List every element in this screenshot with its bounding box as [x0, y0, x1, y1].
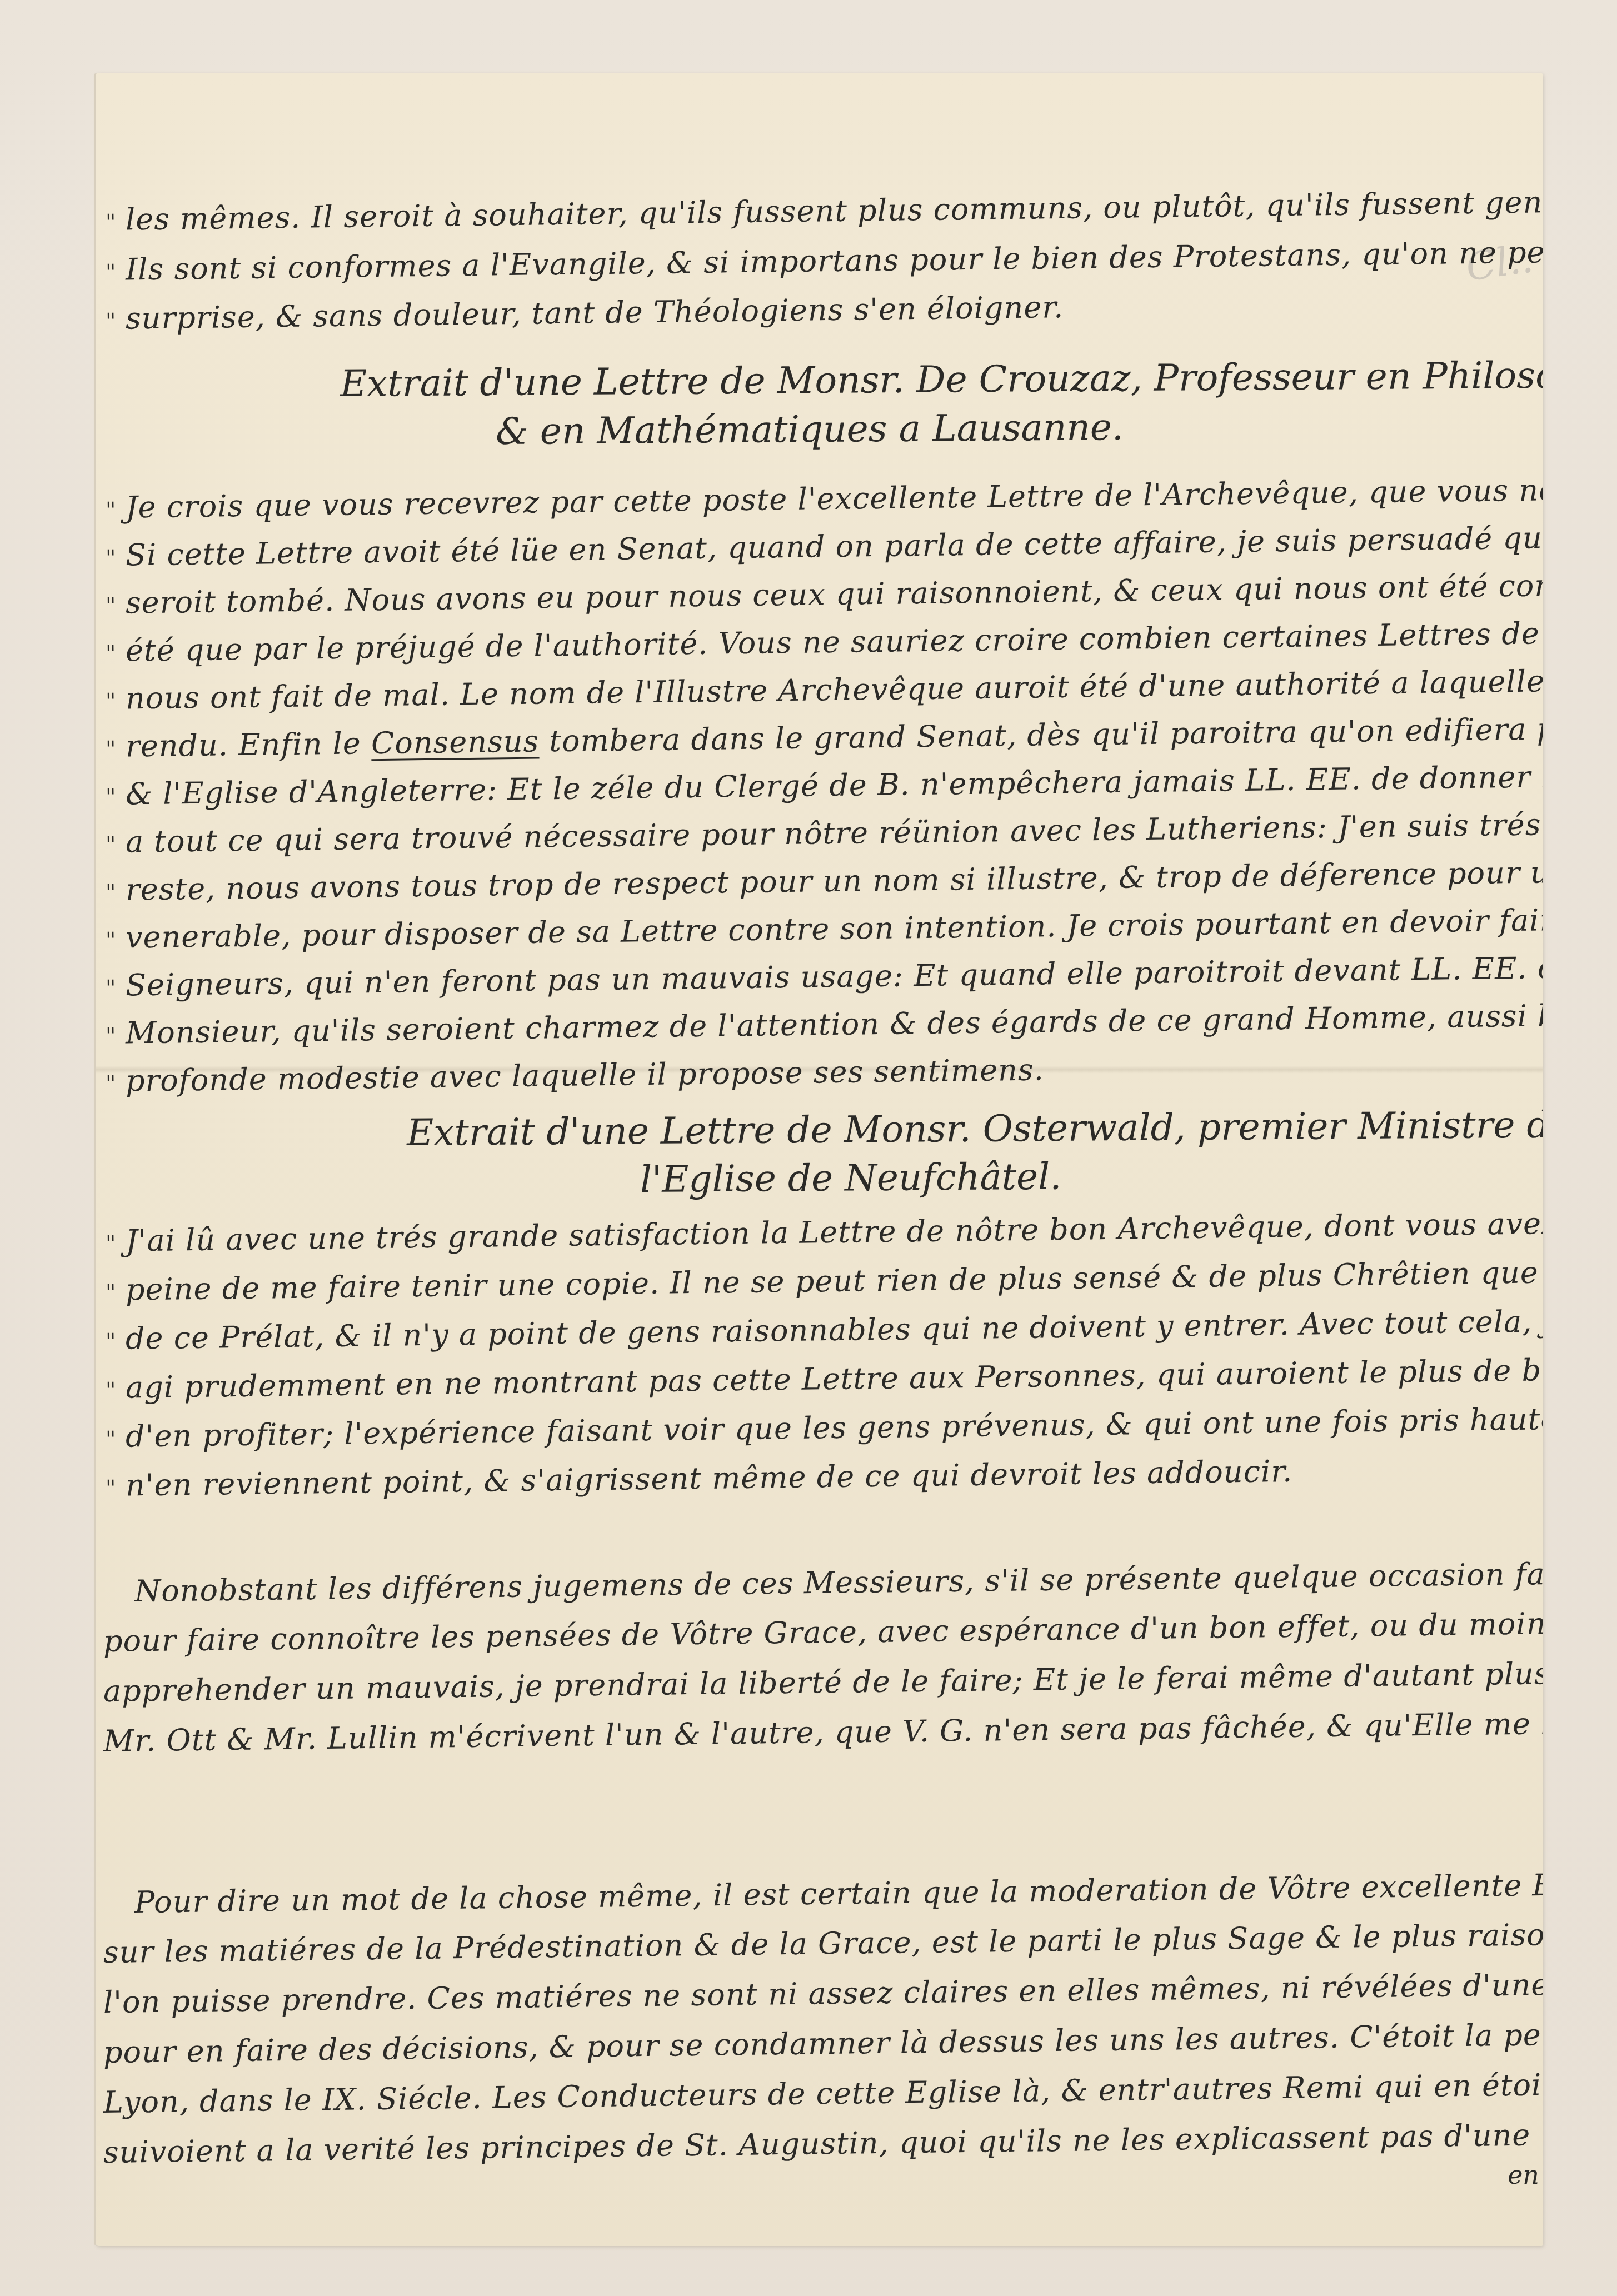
pour-line-5: Lyon, dans le IX. Siécle. Les Conducteur…	[103, 2065, 1543, 2120]
pour-line-6: suivoient a la verité les principes de S…	[103, 2115, 1543, 2169]
crouzaz-line-12: "Monsieur, qu'ils seroient charmez de l'…	[106, 996, 1543, 1051]
pour-line-3: l'on puisse prendre. Ces matiéres ne son…	[103, 1964, 1543, 2020]
pour-line-2: sur les matiéres de la Prédestination & …	[103, 1915, 1543, 1970]
opening-line-2: "Ils sont si conformes a l'Evangile, & s…	[106, 233, 1543, 287]
pour-line-4: pour en faire des décisions, & pour se c…	[103, 2014, 1543, 2070]
underlined-consensus: Consensus	[371, 723, 540, 761]
nonobstant-line-2: pour faire connoître les pensées de Vôtr…	[103, 1604, 1543, 1659]
section2-heading-line2: l'Eglise de Neufchâtel.	[640, 1155, 1062, 1201]
crouzaz-line-4: "été que par le préjugé de l'authorité. …	[106, 612, 1543, 668]
opening-line-1: "les mêmes. Il seroit à souhaiter, qu'il…	[106, 182, 1543, 237]
osterwald-line-3: "de ce Prélat, & il n'y a point de gens …	[106, 1301, 1543, 1356]
crouzaz-line-6: "rendu. Enfin le Consensus tombera dans …	[106, 709, 1543, 764]
catchword: en	[1508, 2160, 1539, 2190]
nonobstant-line-1: Nonobstant les différens jugemens de ces…	[134, 1555, 1543, 1609]
osterwald-line-5: "d'en profiter; l'expérience faisant voi…	[106, 1399, 1543, 1454]
opening-line-3: "surprise, & sans douleur, tant de Théol…	[106, 290, 1064, 336]
pour-line-1: Pour dire un mot de la chose même, il es…	[134, 1867, 1543, 1920]
osterwald-line-1: "J'ai lû avec une trés grande satisfacti…	[106, 1205, 1543, 1259]
crouzaz-line-10: "venerable, pour disposer de sa Lettre c…	[106, 900, 1543, 955]
section1-heading-line2: & en Mathématiques a Lausanne.	[496, 406, 1124, 453]
crouzaz-line-7: "& l'Eglise d'Angleterre: Et le zéle du …	[106, 757, 1543, 812]
section1-heading-line1: Extrait d'une Lettre de Monsr. De Crouza…	[340, 353, 1543, 405]
crouzaz-line-1: "Je crois que vous recevrez par cette po…	[106, 469, 1543, 525]
manuscript-text: "les mêmes. Il seroit à souhaiter, qu'il…	[96, 73, 1543, 2246]
crouzaz-line-11: "Seigneurs, qui n'en feront pas un mauva…	[106, 949, 1543, 1003]
osterwald-line-4: "agi prudemment en ne montrant pas cette…	[106, 1350, 1543, 1405]
crouzaz-line-8: "a tout ce qui sera trouvé nécessaire po…	[106, 805, 1543, 860]
nonobstant-line-4: Mr. Ott & Mr. Lullin m'écrivent l'un & l…	[103, 1705, 1543, 1759]
crouzaz-line-2: "Si cette Lettre avoit été lüe en Senat,…	[106, 517, 1543, 573]
crouzaz-line-3: "seroit tombé. Nous avons eu pour nous c…	[106, 566, 1543, 621]
crouzaz-line-9: "reste, nous avons tous trop de respect …	[106, 853, 1543, 907]
osterwald-line-6: "n'en reviennent point, & s'aigrissent m…	[106, 1454, 1293, 1503]
section2-heading-line1: Extrait d'une Lettre de Monsr. Osterwald…	[407, 1103, 1543, 1154]
nonobstant-line-3: apprehender un mauvais, je prendrai la l…	[103, 1654, 1543, 1709]
crouzaz-line-13: "profonde modestie avec laquelle il prop…	[106, 1052, 1044, 1099]
crouzaz-line-5: "nous ont fait de mal. Le nom de l'Illus…	[106, 661, 1543, 716]
osterwald-line-2: "peine de me faire tenir une copie. Il n…	[106, 1253, 1543, 1307]
manuscript-sheet: Cl.. "les mêmes. Il seroit à souhaiter, …	[96, 73, 1543, 2246]
